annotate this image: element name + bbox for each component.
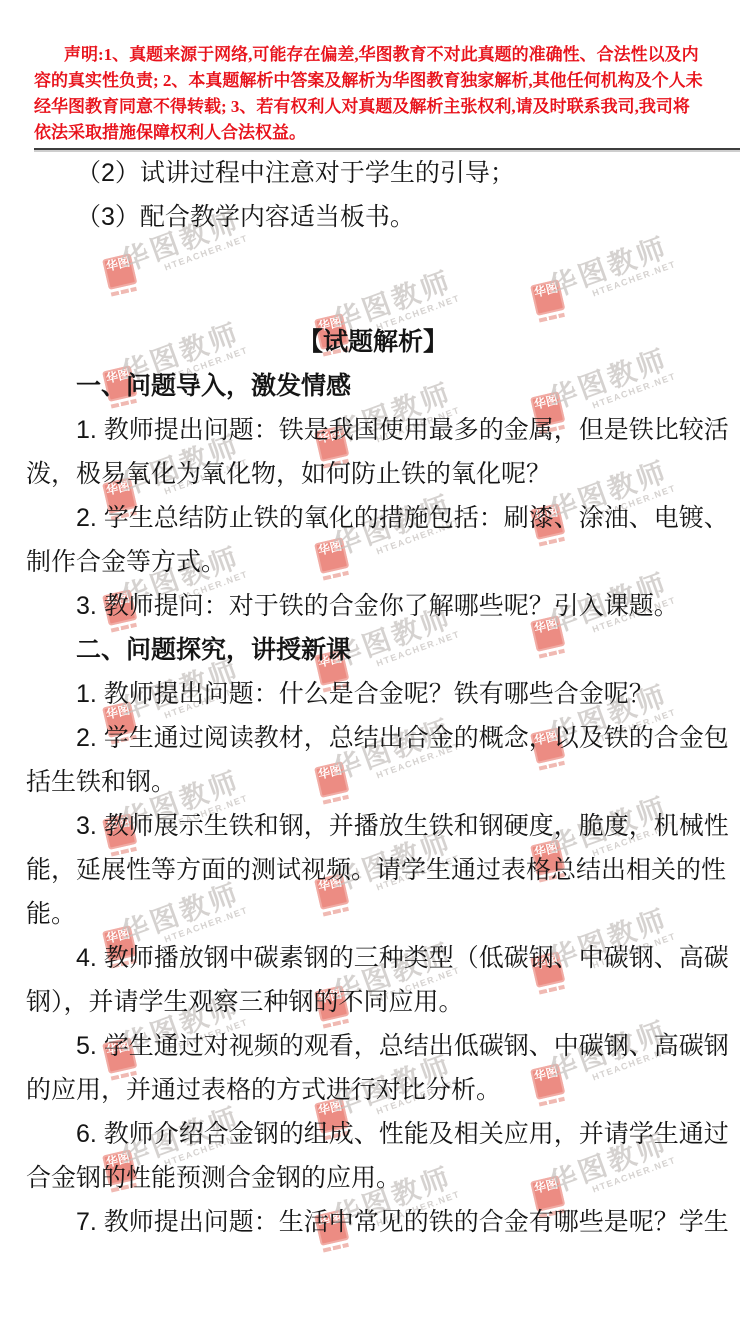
text-line: 括生铁和钢。 — [26, 760, 720, 804]
paragraph: 6. 教师介绍合金钢的组成、性能及相关应用，并请学生通过合金钢的性能预测合金钢的… — [26, 1112, 720, 1200]
document-content: 声明:1、真题来源于网络,可能存在偏差,华图教育不对此真题的准确性、合法性以及内… — [0, 42, 748, 1244]
text-line: （3）配合教学内容适当板书。 — [26, 195, 720, 239]
text-line: 4. 教师播放钢中碳素钢的三种类型（低碳钢、中碳钢、高碳 — [26, 936, 720, 980]
text-line: （2）试讲过程中注意对于学生的引导； — [26, 151, 720, 195]
paragraph: 4. 教师播放钢中碳素钢的三种类型（低碳钢、中碳钢、高碳钢），并请学生观察三种钢… — [26, 936, 720, 1024]
paragraph: （2）试讲过程中注意对于学生的引导； — [26, 151, 720, 195]
text-line: 钢），并请学生观察三种钢的不同应用。 — [26, 980, 720, 1024]
document-body: （2）试讲过程中注意对于学生的引导；（3）配合教学内容适当板书。【试题解析】一、… — [26, 151, 720, 1244]
disclaimer-line: 依法采取措施保障权利人合法权益。 — [34, 120, 720, 146]
paragraph: 1. 教师提出问题：什么是合金呢？铁有哪些合金呢？ — [26, 672, 720, 716]
disclaimer-notice: 声明:1、真题来源于网络,可能存在偏差,华图教育不对此真题的准确性、合法性以及内… — [34, 42, 720, 146]
text-line: 2. 学生通过阅读教材，总结出合金的概念，以及铁的合金包 — [26, 716, 720, 760]
paragraph: 1. 教师提出问题：铁是我国使用最多的金属，但是铁比较活泼，极易氧化为氧化物，如… — [26, 408, 720, 496]
disclaimer-line: 声明:1、真题来源于网络,可能存在偏差,华图教育不对此真题的准确性、合法性以及内 — [34, 42, 720, 68]
paragraph: 5. 学生通过对视频的观看，总结出低碳钢、中碳钢、高碳钢的应用，并通过表格的方式… — [26, 1024, 720, 1112]
paragraph: 2. 学生通过阅读教材，总结出合金的概念，以及铁的合金包括生铁和钢。 — [26, 716, 720, 804]
disclaimer-line: 经华图教育同意不得转载; 3、若有权利人对真题及解析主张权利,请及时联系我司,我… — [34, 94, 720, 120]
text-line: 制作合金等方式。 — [26, 540, 720, 584]
disclaimer-line: 容的真实性负责; 2、本真题解析中答案及解析为华图教育独家解析,其他任何机构及个… — [34, 68, 720, 94]
text-line: 能。 — [26, 892, 720, 936]
text-line: 1. 教师提出问题：什么是合金呢？铁有哪些合金呢？ — [26, 672, 720, 716]
text-line: 合金钢的性能预测合金钢的应用。 — [26, 1156, 720, 1200]
section-heading: 一、问题导入，激发情感 — [26, 364, 720, 408]
document-page: 华图华图教师HTEACHER.NET华图华图教师HTEACHER.NET华图华图… — [0, 0, 748, 1335]
center-heading: 【试题解析】 — [26, 320, 720, 364]
text-line: 3. 教师提问：对于铁的合金你了解哪些呢？引入课题。 — [26, 584, 720, 628]
paragraph: 2. 学生总结防止铁的氧化的措施包括：刷漆、涂油、电镀、制作合金等方式。 — [26, 496, 720, 584]
paragraph: 3. 教师提问：对于铁的合金你了解哪些呢？引入课题。 — [26, 584, 720, 628]
text-line: 二、问题探究，讲授新课 — [26, 628, 720, 672]
text-line: 3. 教师展示生铁和钢，并播放生铁和钢硬度，脆度，机械性 — [26, 804, 720, 848]
paragraph: （3）配合教学内容适当板书。 — [26, 195, 720, 239]
text-line: 1. 教师提出问题：铁是我国使用最多的金属，但是铁比较活 — [26, 408, 720, 452]
text-line: 能，延展性等方面的测试视频。请学生通过表格总结出相关的性 — [26, 848, 720, 892]
horizontal-rule — [34, 148, 740, 150]
text-line: 【试题解析】 — [26, 320, 720, 364]
text-line: 的应用，并通过表格的方式进行对比分析。 — [26, 1068, 720, 1112]
section-heading: 二、问题探究，讲授新课 — [26, 628, 720, 672]
text-line: 一、问题导入，激发情感 — [26, 364, 720, 408]
text-line: 泼，极易氧化为氧化物，如何防止铁的氧化呢？ — [26, 452, 720, 496]
paragraph: 3. 教师展示生铁和钢，并播放生铁和钢硬度，脆度，机械性能，延展性等方面的测试视… — [26, 804, 720, 936]
paragraph: 7. 教师提出问题：生活中常见的铁的合金有哪些是呢？学生 — [26, 1200, 720, 1244]
text-line: 6. 教师介绍合金钢的组成、性能及相关应用，并请学生通过 — [26, 1112, 720, 1156]
text-line: 5. 学生通过对视频的观看，总结出低碳钢、中碳钢、高碳钢 — [26, 1024, 720, 1068]
text-line: 2. 学生总结防止铁的氧化的措施包括：刷漆、涂油、电镀、 — [26, 496, 720, 540]
text-line: 7. 教师提出问题：生活中常见的铁的合金有哪些是呢？学生 — [26, 1200, 720, 1244]
